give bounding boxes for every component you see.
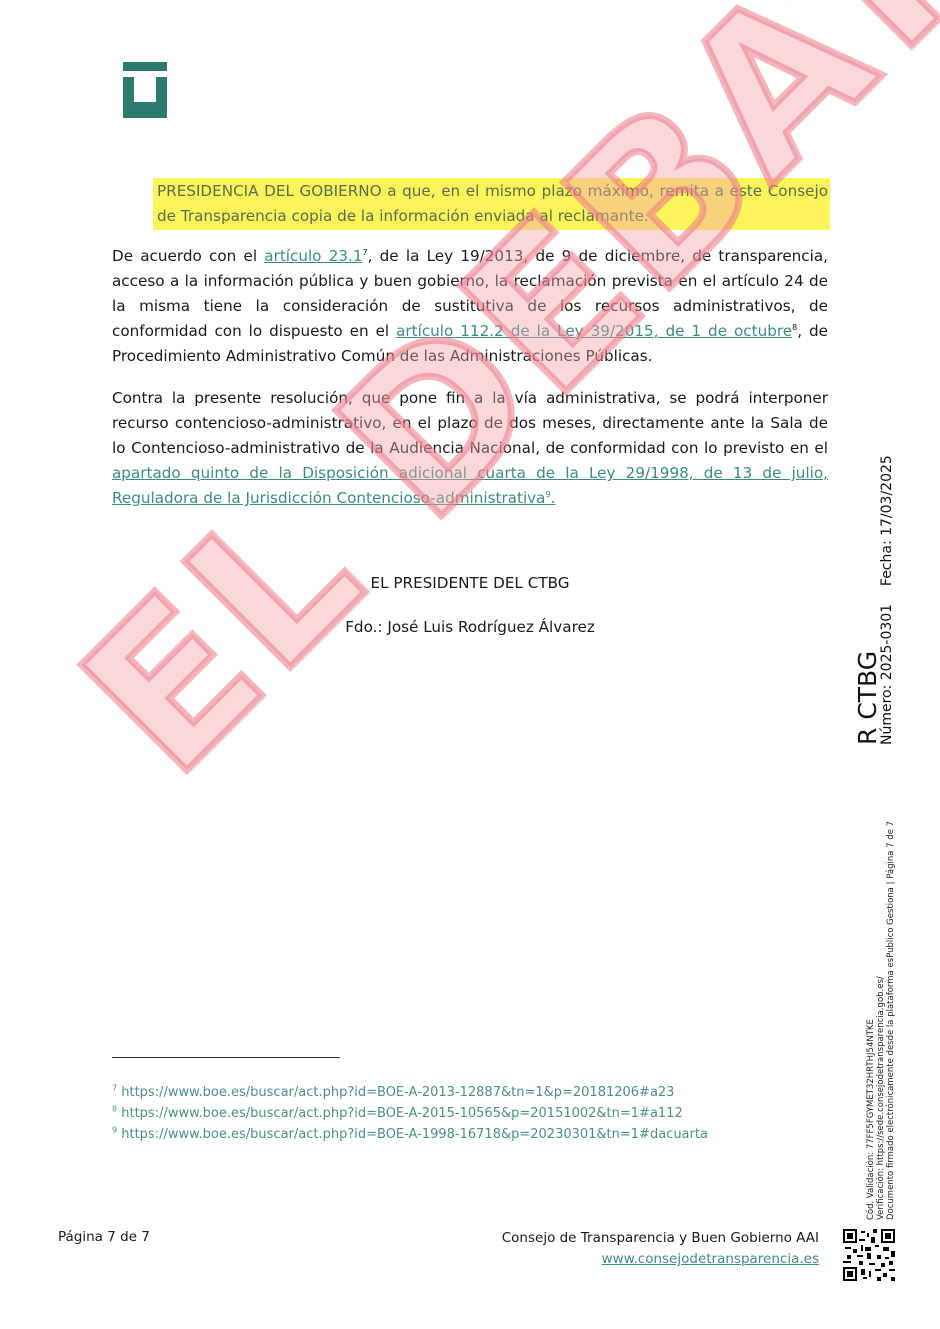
- stamp-validation: Cód. Validación: 77FF5FGYMET32HRTHJ54NTK…: [866, 821, 896, 1220]
- footnote-link-9[interactable]: https://www.boe.es/buscar/act.php?id=BOE…: [121, 1127, 708, 1142]
- footnote-8: 8 https://www.boe.es/buscar/act.php?id=B…: [112, 1106, 683, 1121]
- stamp-label: R CTBG: [853, 651, 882, 745]
- stamp-number-date: Número: 2025-0301 Fecha: 17/03/2025: [879, 455, 895, 745]
- verification-url: Verificación: https://sede.consejodetran…: [876, 821, 886, 1220]
- link-articulo-112-2[interactable]: artículo 112.2 de la Ley 39/2015, de 1 d…: [396, 322, 792, 340]
- link-disposicion-adicional[interactable]: apartado quinto de la Disposición adicio…: [112, 464, 828, 507]
- paragraph-appeal: Contra la presente resolución, que pone …: [112, 386, 828, 511]
- footnote-7: 7 https://www.boe.es/buscar/act.php?id=B…: [112, 1085, 674, 1100]
- signature-name: Fdo.: José Luis Rodríguez Álvarez: [0, 618, 940, 636]
- signed-note: Documento firmado electrónicamente desde…: [886, 821, 896, 1220]
- footnote-9: 9 https://www.boe.es/buscar/act.php?id=B…: [112, 1127, 708, 1142]
- footnote-link-8[interactable]: https://www.boe.es/buscar/act.php?id=BOE…: [121, 1106, 683, 1121]
- page-number: Página 7 de 7: [58, 1229, 150, 1245]
- footer-website-link[interactable]: www.consejodetransparencia.es: [602, 1251, 819, 1267]
- footer-org: Consejo de Transparencia y Buen Gobierno…: [502, 1228, 819, 1270]
- highlighted-paragraph: PRESIDENCIA DEL GOBIERNO a que, en el mi…: [157, 179, 828, 229]
- link-articulo-23-1[interactable]: artículo 23.1: [264, 247, 362, 265]
- footer-org-name: Consejo de Transparencia y Buen Gobierno…: [502, 1228, 819, 1249]
- qr-code-icon: [843, 1229, 895, 1281]
- ctbg-logo-icon: [123, 62, 167, 118]
- footnote-link-7[interactable]: https://www.boe.es/buscar/act.php?id=BOE…: [121, 1085, 674, 1100]
- signature-title: EL PRESIDENTE DEL CTBG: [0, 574, 940, 592]
- footnote-divider: [112, 1057, 340, 1058]
- paragraph-legal-basis: De acuerdo con el artículo 23.17, de la …: [112, 244, 828, 369]
- validation-code: Cód. Validación: 77FF5FGYMET32HRTHJ54NTK…: [866, 821, 876, 1220]
